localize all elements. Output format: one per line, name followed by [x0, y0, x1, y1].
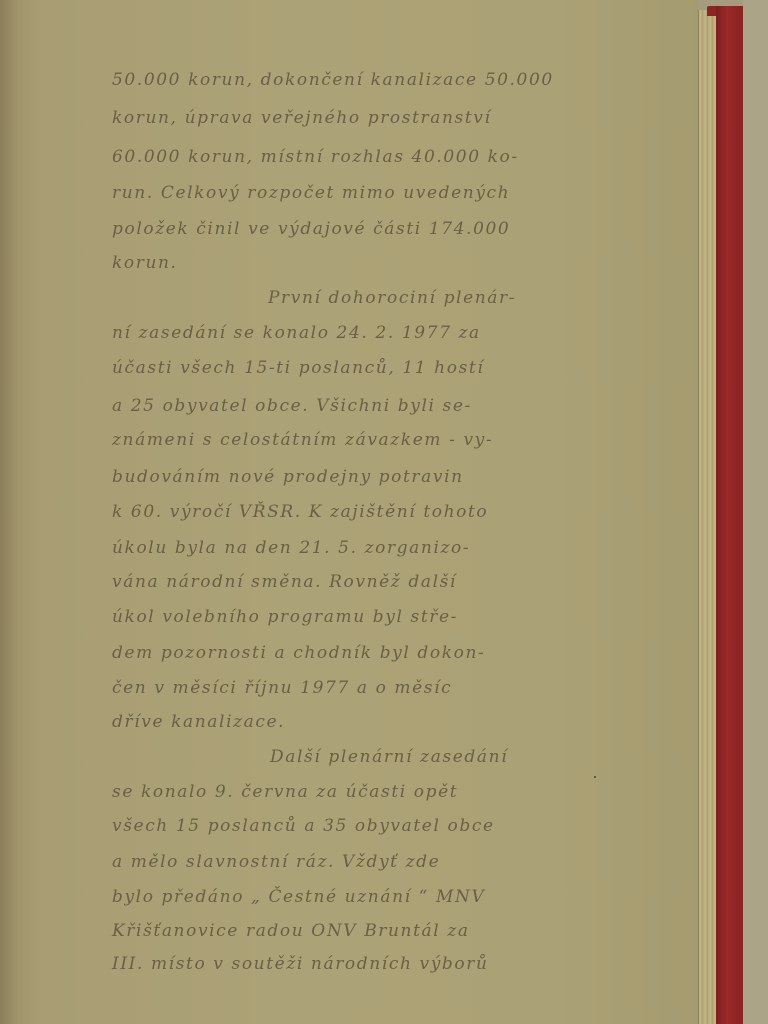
- text-line: 60.000 korun, místní rozhlas 40.000 ko-: [112, 147, 519, 177]
- text-line: úkolu byla na den 21. 5. zorganizo-: [112, 538, 470, 568]
- page-gutter-shadow: [0, 0, 18, 1024]
- ink-speck: [594, 776, 596, 778]
- text-line: Křišťanovice radou ONV Bruntál za: [112, 921, 470, 951]
- text-line: všech 15 poslanců a 35 obyvatel obce: [112, 816, 495, 846]
- text-line: a 25 obyvatel obce. Všichni byli se-: [112, 396, 472, 426]
- text-line: známeni s celostátním závazkem - vy-: [112, 430, 493, 460]
- text-line: korun, úprava veřejného prostranství: [112, 108, 492, 138]
- text-line: bylo předáno „ Čestné uznání “ MNV: [112, 887, 485, 917]
- text-line: čen v měsíci říjnu 1977 a o měsíc: [112, 678, 452, 708]
- table-background: [743, 0, 768, 1024]
- text-line: dem pozornosti a chodník byl dokon-: [112, 643, 485, 673]
- text-line: III. místo v soutěži národních výborů: [112, 954, 489, 984]
- text-line: ní zasedání se konalo 24. 2. 1977 za: [112, 323, 481, 353]
- text-line: a mělo slavnostní ráz. Vždyť zde: [112, 852, 440, 882]
- text-line: vána národní směna. Rovněž další: [112, 572, 457, 602]
- text-line: položek činil ve výdajové části 174.000: [112, 219, 510, 249]
- book-page: 50.000 korun, dokončení kanalizace 50.00…: [0, 0, 698, 1024]
- book-cover-red-binding: [716, 6, 743, 1024]
- text-line: k 60. výročí VŘSR. K zajištění tohoto: [112, 502, 488, 532]
- text-line: budováním nové prodejny potravin: [112, 467, 464, 497]
- text-line: účasti všech 15-ti poslanců, 11 hostí: [112, 358, 484, 388]
- paragraph-start-line: Další plenární zasedání: [270, 747, 508, 777]
- text-line: 50.000 korun, dokončení kanalizace 50.00…: [112, 70, 554, 100]
- text-line: úkol volebního programu byl stře-: [112, 607, 458, 637]
- text-line: se konalo 9. června za účasti opět: [112, 782, 458, 812]
- text-line: korun.: [112, 253, 178, 283]
- paragraph-start-line: První dohorociní plenár-: [268, 288, 516, 318]
- text-line: run. Celkový rozpočet mimo uvedených: [112, 183, 510, 213]
- text-line: dříve kanalizace.: [112, 712, 285, 742]
